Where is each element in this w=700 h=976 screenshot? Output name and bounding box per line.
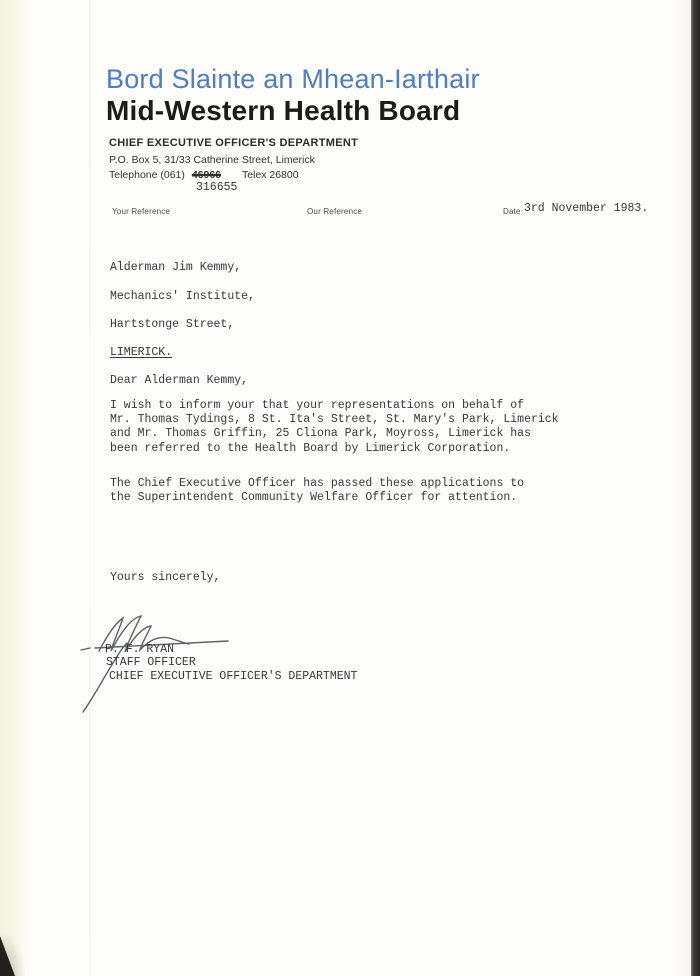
signer-department: CHIEF EXECUTIVE OFFICER'S DEPARTMENT (109, 670, 357, 684)
paper-crease (89, 0, 91, 976)
scanned-letter-page: Bord Slainte an Mhean-Iarthair Mid-Weste… (0, 0, 700, 976)
body-paragraph-1: I wish to inform your that your represen… (110, 399, 559, 456)
telex-number: Telex 26800 (242, 169, 299, 181)
scan-edge-right (691, 0, 700, 976)
letterhead-phone-line: Telephone (061) 46966 Telex 26800 (109, 169, 299, 181)
org-name-english: Mid-Western Health Board (106, 95, 460, 127)
recipient-name: Alderman Jim Kemmy, (110, 261, 255, 275)
org-name-irish: Bord Slainte an Mhean-Iarthair (106, 64, 480, 95)
letterhead-department: CHIEF EXECUTIVE OFFICER'S DEPARTMENT (109, 137, 358, 149)
phone-number-new: 316655 (196, 181, 237, 194)
date-value: 3rd November 1983. (524, 202, 648, 216)
closing-phrase: Yours sincerely, (110, 571, 220, 585)
body-paragraph-2: The Chief Executive Officer has passed t… (110, 477, 524, 505)
recipient-address-block: Alderman Jim Kemmy, Mechanics' Institute… (110, 247, 255, 375)
recipient-address-line: Hartstonge Street, (110, 318, 255, 332)
your-reference-label: Your Reference (112, 207, 170, 216)
date-label: Date (503, 207, 521, 216)
signer-title: STAFF OFFICER (106, 656, 196, 670)
recipient-address-line: Mechanics' Institute, (110, 290, 255, 304)
our-reference-label: Our Reference (307, 207, 362, 216)
salutation: Dear Alderman Kemmy, (110, 374, 248, 388)
recipient-city: LIMERICK. (110, 346, 255, 360)
phone-prefix: Telephone (061) (109, 169, 185, 181)
phone-number-struck: 46966 (192, 169, 221, 181)
letterhead-address: P.O. Box 5, 31/33 Catherine Street, Lime… (109, 154, 315, 166)
